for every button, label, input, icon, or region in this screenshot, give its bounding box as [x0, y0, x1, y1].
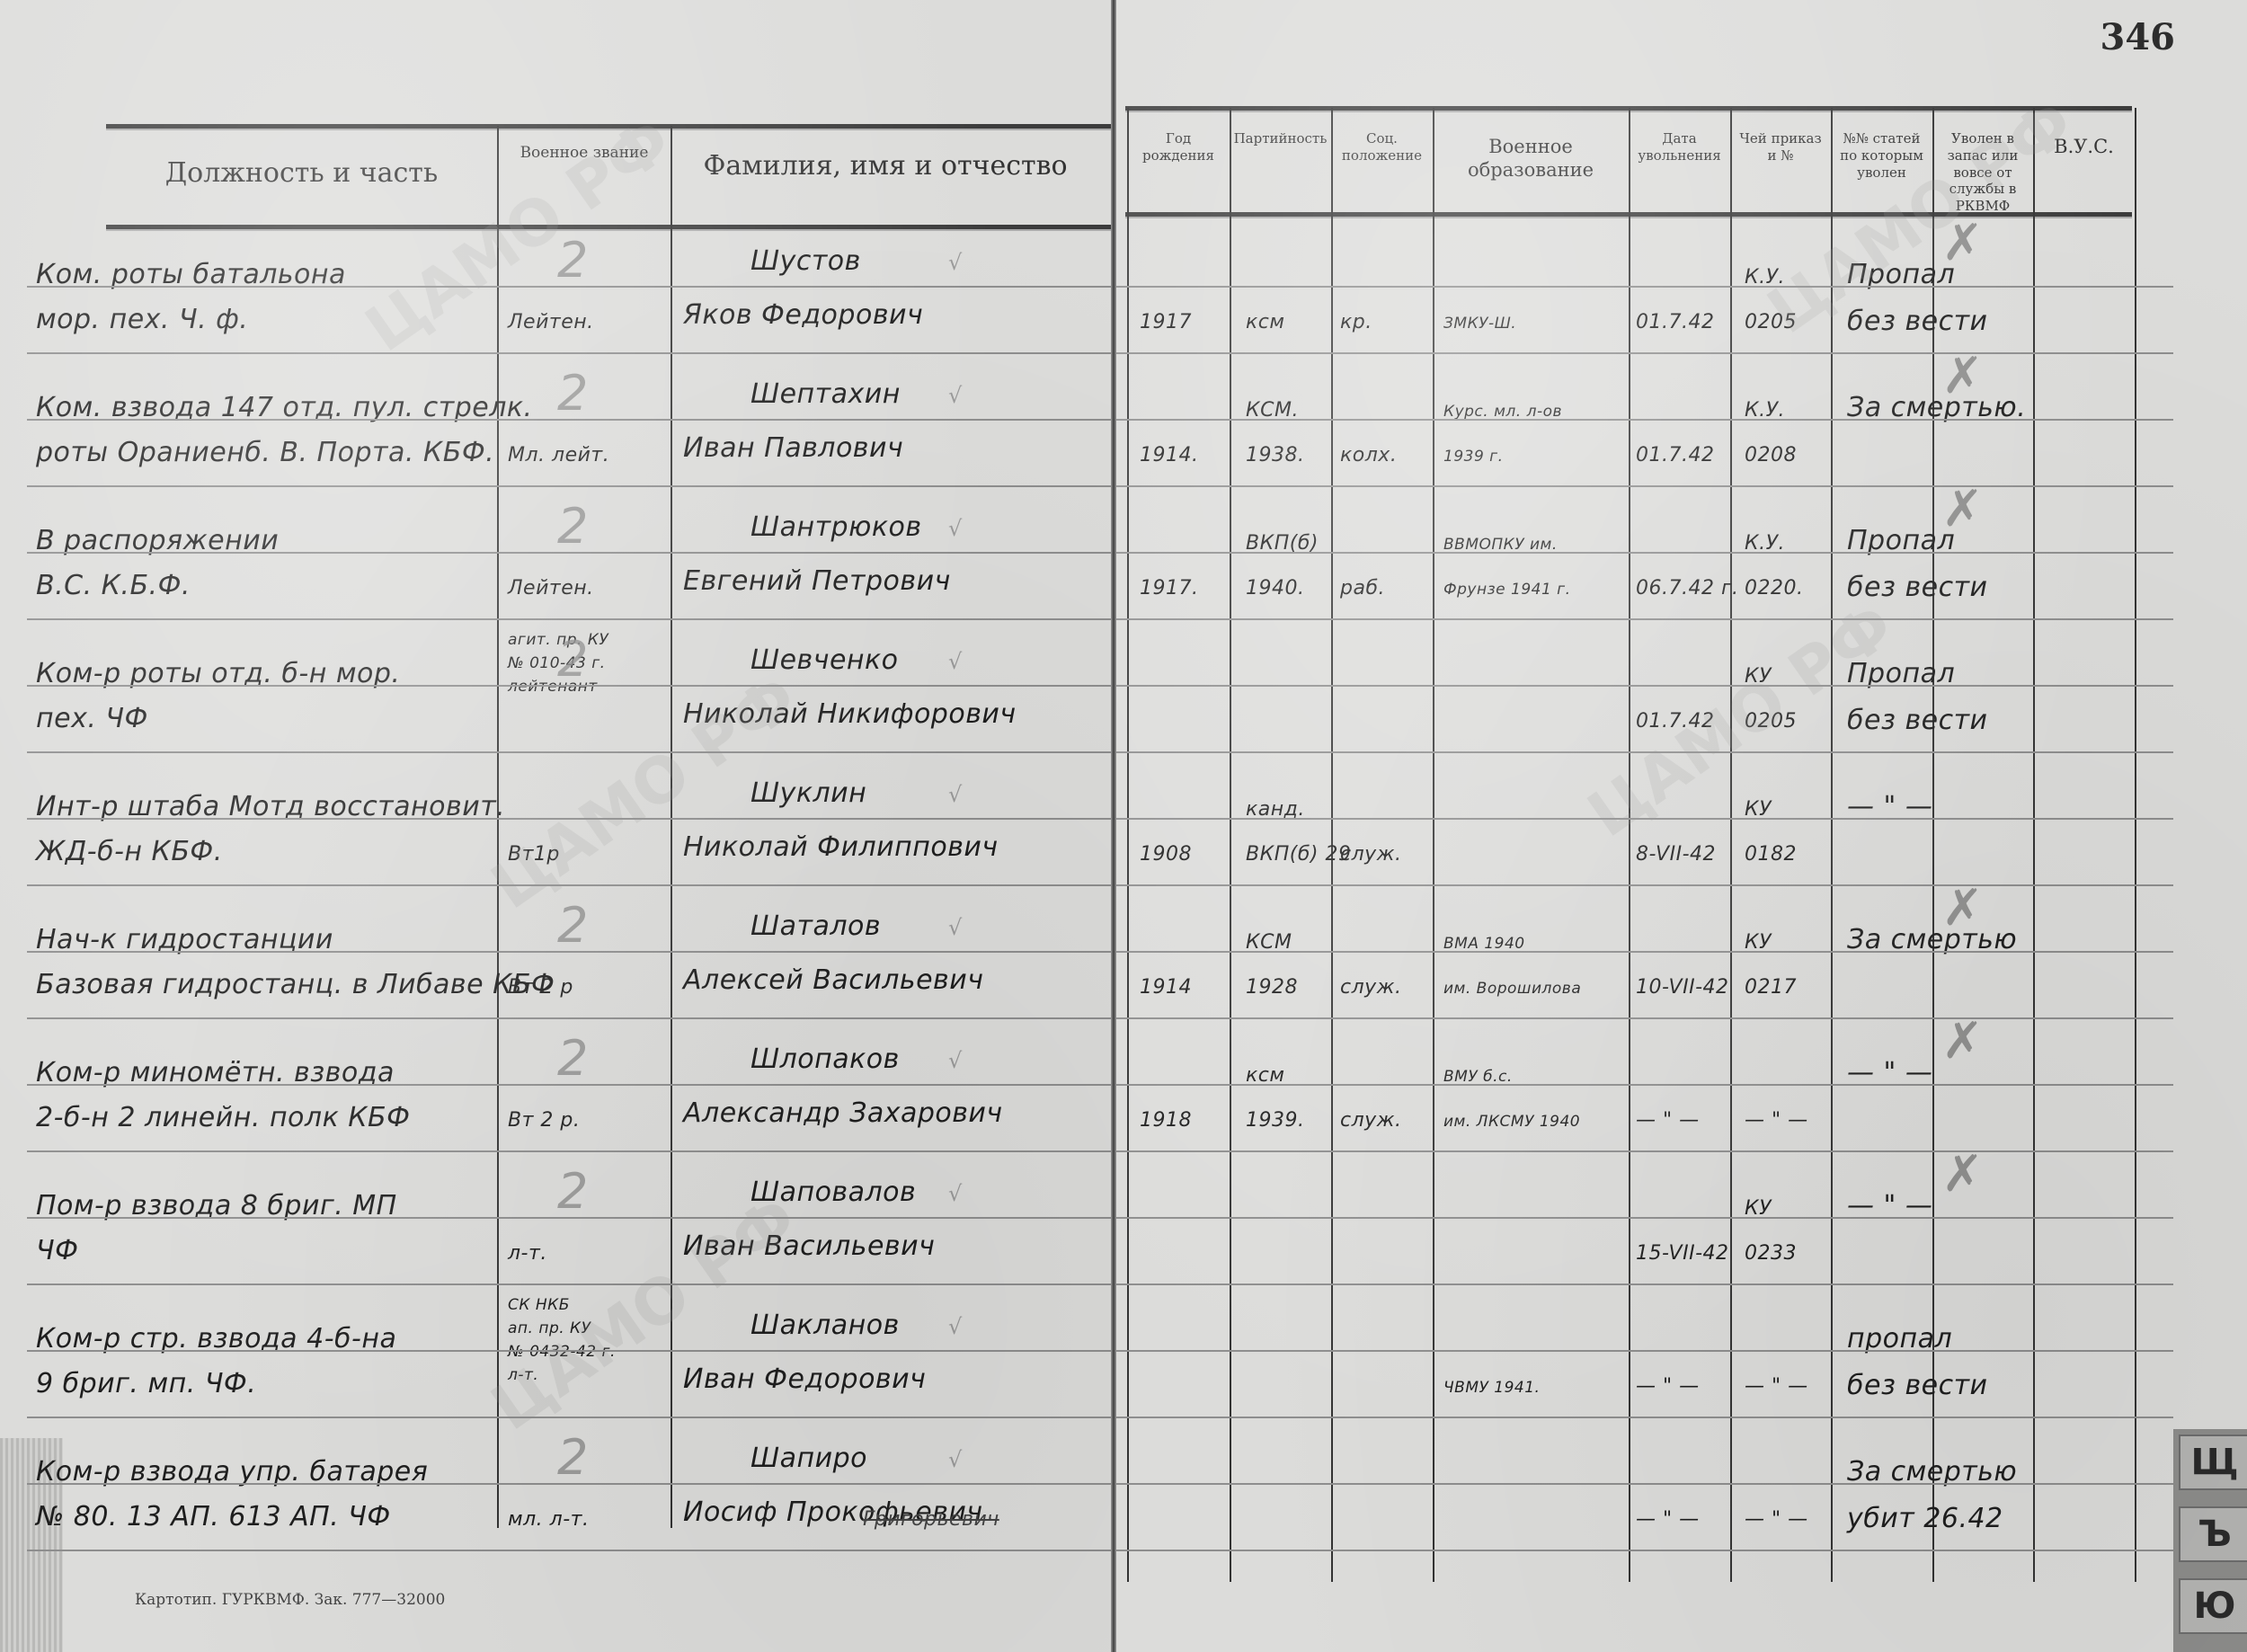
right-page: 346 Год рожденияПартийностьСоц. положени…: [1115, 0, 2247, 1652]
order-number: 0205: [1745, 710, 1797, 733]
pencil-mark: 2: [557, 1163, 588, 1220]
education-year: им. Ворошилова: [1443, 980, 1581, 998]
index-tabs: Щ Ъ Ю: [2173, 1429, 2247, 1652]
discharge-date: 06.7.42 г.: [1636, 577, 1739, 600]
discharge-reason: убит 26.42: [1847, 1503, 2003, 1534]
social-status: раб.: [1340, 577, 1385, 600]
birth-year: 1918: [1140, 1109, 1192, 1132]
ruled-line: [1115, 1550, 2173, 1551]
header-top-rule: [106, 124, 1115, 130]
pencil-mark: 2: [557, 498, 588, 555]
ruled-line: [27, 1217, 1115, 1219]
surname: Шантрюков: [750, 511, 922, 543]
column-divider: [1730, 108, 1732, 1582]
education-year: ЧВМУ 1941.: [1443, 1379, 1540, 1397]
education: ВВМОПКУ им.: [1443, 536, 1558, 554]
rank: Мл. лейт.: [508, 444, 609, 466]
page-number: 346: [2100, 16, 2176, 58]
ruled-line: [27, 1483, 1115, 1485]
discharge-date: 15-VII-42: [1636, 1242, 1729, 1265]
position-line: № 80. 13 АП. 613 АП. ЧФ: [36, 1501, 391, 1532]
education-year: им. ЛКСМУ 1940: [1443, 1113, 1580, 1131]
ruled-line: [27, 1283, 1115, 1285]
order-number: — " —: [1745, 1375, 1808, 1398]
education-year: 1939 г.: [1443, 448, 1504, 466]
birth-year: 1917.: [1140, 577, 1198, 600]
column-divider: [497, 126, 499, 1528]
index-tab[interactable]: Ю: [2179, 1578, 2247, 1634]
surname: Шлопаков: [750, 1044, 900, 1075]
given-name: Александр Захарович: [683, 1097, 1003, 1129]
ruled-line: [27, 286, 1115, 288]
social-status: служ.: [1340, 843, 1402, 866]
social-status: служ.: [1340, 976, 1402, 999]
discharge-date: — " —: [1636, 1508, 1700, 1531]
pencil-mark: 2: [557, 897, 588, 954]
discharge-reason: без вести: [1847, 1370, 1988, 1401]
given-name: Николай Никифорович: [683, 698, 1017, 730]
rank: Лейтен.: [508, 311, 594, 333]
ruled-line: [1115, 1483, 2173, 1485]
header-position: Должность и часть: [106, 156, 497, 191]
pencil-mark: 2: [557, 1030, 588, 1087]
struck-patronymic: Григорьевич: [863, 1508, 999, 1531]
surname: Шаповалов: [750, 1177, 916, 1208]
rank-note: № 0432-42 г.: [508, 1343, 616, 1361]
ruled-line: [27, 1350, 1115, 1352]
position-line: 9 бриг. мп. ЧФ.: [36, 1368, 256, 1399]
surname: Шакланов: [750, 1310, 900, 1341]
rank: Лейтен.: [508, 577, 594, 600]
surname: Шептахин: [750, 378, 901, 410]
surname: Шустов: [750, 245, 861, 277]
position-line: Базовая гидростанц. в Либаве КБФ: [36, 969, 555, 1000]
ruled-line: [27, 951, 1115, 953]
check-mark-icon: √: [948, 649, 962, 674]
book-spine: [1111, 0, 1116, 1652]
given-name: Иван Федорович: [683, 1363, 926, 1395]
order-number: 0205: [1745, 311, 1797, 333]
ruled-line: [27, 485, 1115, 487]
rank: л-т.: [508, 1242, 547, 1265]
ruled-line: [27, 1550, 1115, 1551]
ruled-line: [27, 685, 1115, 687]
ruled-line: [27, 1017, 1115, 1019]
header-discharge-date: Дата увольнения: [1632, 130, 1727, 164]
order-number: — " —: [1745, 1508, 1808, 1531]
given-name: Иван Васильевич: [683, 1230, 935, 1262]
ruled-line: [27, 818, 1115, 820]
order-number: 0208: [1745, 444, 1797, 466]
left-page: Должность и часть Военное звание Фамилия…: [0, 0, 1115, 1652]
discharge-date: — " —: [1636, 1375, 1700, 1398]
birth-year: 1917: [1140, 311, 1192, 333]
surname: Шевченко: [750, 644, 899, 676]
given-name: Яков Федорович: [683, 299, 923, 331]
column-divider: [2135, 108, 2136, 1582]
pencil-cross-mark-icon: ✗: [1941, 214, 1984, 272]
surname: Шуклин: [750, 777, 866, 809]
birth-year: 1914.: [1140, 444, 1198, 466]
order-number: 0217: [1745, 976, 1797, 999]
discharge-date: 01.7.42: [1636, 444, 1714, 466]
rank: Вт 2 р: [508, 976, 573, 999]
ruled-line: [1115, 751, 2173, 753]
ruled-line: [1115, 1017, 2173, 1019]
discharge-date: 01.7.42: [1636, 311, 1714, 333]
ruled-line: [1115, 286, 2173, 288]
surname: Шапиро: [750, 1443, 867, 1474]
position-line: ЧФ: [36, 1235, 78, 1266]
position-line: пех. ЧФ: [36, 703, 148, 734]
column-divider: [1433, 108, 1434, 1582]
position-line: 2-б-н 2 линейн. полк КБФ: [36, 1102, 410, 1133]
pencil-cross-mark-icon: ✗: [1941, 480, 1984, 538]
ruled-line: [1115, 951, 2173, 953]
ruled-line: [1115, 618, 2173, 620]
birth-year: 1914: [1140, 976, 1192, 999]
ruled-line: [27, 1084, 1115, 1086]
ruled-line: [1115, 352, 2173, 354]
index-tab[interactable]: Ъ: [2179, 1506, 2247, 1562]
discharge-date: 01.7.42: [1636, 710, 1714, 733]
ruled-line: [27, 884, 1115, 886]
check-mark-icon: √: [948, 383, 962, 408]
education-year: ЗМКУ-Ш.: [1443, 315, 1516, 333]
discharge-reason: без вести: [1847, 572, 1988, 603]
pencil-mark: 2: [557, 631, 588, 688]
ruled-line: [27, 552, 1115, 554]
check-mark-icon: √: [948, 516, 962, 541]
header-vus: В.У.С.: [2037, 135, 2131, 158]
check-mark-icon: √: [948, 1447, 962, 1472]
ruled-line: [1115, 1417, 2173, 1418]
order-number: — " —: [1745, 1109, 1808, 1132]
pencil-cross-mark-icon: ✗: [1941, 879, 1984, 937]
column-divider: [1127, 108, 1129, 1582]
header-military-education: Военное образование: [1436, 135, 1625, 182]
party-year: ксм: [1246, 311, 1284, 333]
printer-imprint: Картотип. ГУРКВМФ. Зак. 777—32000: [135, 1591, 445, 1609]
position-line: мор. пех. Ч. ф.: [36, 304, 248, 335]
check-mark-icon: √: [948, 1314, 962, 1339]
ruled-line: [1115, 818, 2173, 820]
check-mark-icon: √: [948, 1181, 962, 1206]
education: Курс. мл. л-ов: [1443, 403, 1562, 421]
ruled-line: [1115, 552, 2173, 554]
discharge-date: — " —: [1636, 1109, 1700, 1132]
column-divider: [1629, 108, 1630, 1582]
header-bottom-rule: [106, 225, 1115, 231]
discharge-reason: без вести: [1847, 306, 1988, 337]
discharge-date: 10-VII-42: [1636, 976, 1729, 999]
header-reserve: Уволен в запас или вовсе от службы в РКВ…: [1936, 130, 2029, 215]
education: ВМА 1940: [1443, 935, 1525, 953]
ruled-line: [27, 751, 1115, 753]
rank: Вт1р: [508, 843, 560, 866]
ruled-line: [27, 1150, 1115, 1152]
header-articles: №№ статей по которым уволен: [1834, 130, 1929, 181]
surname: Шаталов: [750, 910, 881, 942]
ruled-line: [27, 419, 1115, 421]
ruled-line: [1115, 485, 2173, 487]
rank: Вт 2 р.: [508, 1109, 580, 1132]
discharge-reason: без вести: [1847, 705, 1988, 736]
pencil-cross-mark-icon: ✗: [1941, 347, 1984, 405]
education-year: Фрунзе 1941 г.: [1443, 581, 1571, 599]
column-divider: [2033, 108, 2035, 1582]
ruled-line: [1115, 685, 2173, 687]
check-mark-icon: √: [948, 915, 962, 940]
ruled-line: [27, 618, 1115, 620]
header-social-status: Соц. положение: [1335, 130, 1429, 164]
rank-note: л-т.: [508, 1366, 538, 1384]
header-order: Чей приказ и №: [1734, 130, 1827, 164]
ruled-line: [1115, 1350, 2173, 1352]
party-year: 1938.: [1246, 444, 1304, 466]
ruled-line: [1115, 1150, 2173, 1152]
pencil-mark: 2: [557, 232, 588, 289]
position-line: роты Ораниенб. В. Порта. КБФ.: [36, 437, 494, 468]
social-status: колх.: [1340, 444, 1397, 466]
social-status: кр.: [1340, 311, 1372, 333]
column-divider: [1230, 108, 1231, 1582]
position-line: ЖД-б-н КБФ.: [36, 836, 223, 867]
header-full-name: Фамилия, имя и отчество: [674, 149, 1097, 183]
check-mark-icon: √: [948, 250, 962, 275]
party-year: 1928: [1246, 976, 1298, 999]
pencil-mark: 2: [557, 365, 588, 422]
ruled-line: [27, 352, 1115, 354]
social-status: служ.: [1340, 1109, 1402, 1132]
given-name: Евгений Петрович: [683, 565, 951, 597]
header-rank: Военное звание: [503, 144, 665, 163]
position-line: В.С. К.Б.Ф.: [36, 570, 191, 601]
column-divider: [671, 126, 672, 1528]
rank-note: СК НКБ: [508, 1296, 570, 1314]
ruled-line: [1115, 1283, 2173, 1285]
pencil-mark: 2: [557, 1429, 588, 1486]
birth-year: 1908: [1140, 843, 1192, 866]
ruled-line: [1115, 1217, 2173, 1219]
discharge-date: 8-VII-42: [1636, 843, 1716, 866]
check-mark-icon: √: [948, 1048, 962, 1073]
party-year: ВКП(б) 29: [1246, 843, 1351, 866]
rank: мл. л-т.: [508, 1508, 589, 1531]
header-party: Партийность: [1233, 130, 1328, 147]
pencil-cross-mark-icon: ✗: [1941, 1012, 1984, 1070]
order-number: 0182: [1745, 843, 1797, 866]
check-mark-icon: √: [948, 782, 962, 807]
given-name: Алексей Васильевич: [683, 964, 983, 996]
header-birth-year: Год рождения: [1131, 130, 1226, 164]
ruled-line: [1115, 884, 2173, 886]
ruled-line: [1115, 419, 2173, 421]
order-number: 0220.: [1745, 577, 1803, 600]
index-tab[interactable]: Щ: [2179, 1434, 2247, 1490]
party-year: 1939.: [1246, 1109, 1304, 1132]
order-number: 0233: [1745, 1242, 1797, 1265]
education: ВМУ б.с.: [1443, 1068, 1513, 1086]
given-name: Николай Филиппович: [683, 831, 999, 863]
pencil-cross-mark-icon: ✗: [1941, 1145, 1984, 1203]
rank-note: ап. пр. КУ: [508, 1319, 591, 1337]
ruled-line: [1115, 1084, 2173, 1086]
given-name: Иван Павлович: [683, 432, 903, 464]
party-year: 1940.: [1246, 577, 1304, 600]
column-divider: [1831, 108, 1833, 1582]
ruled-line: [27, 1417, 1115, 1418]
